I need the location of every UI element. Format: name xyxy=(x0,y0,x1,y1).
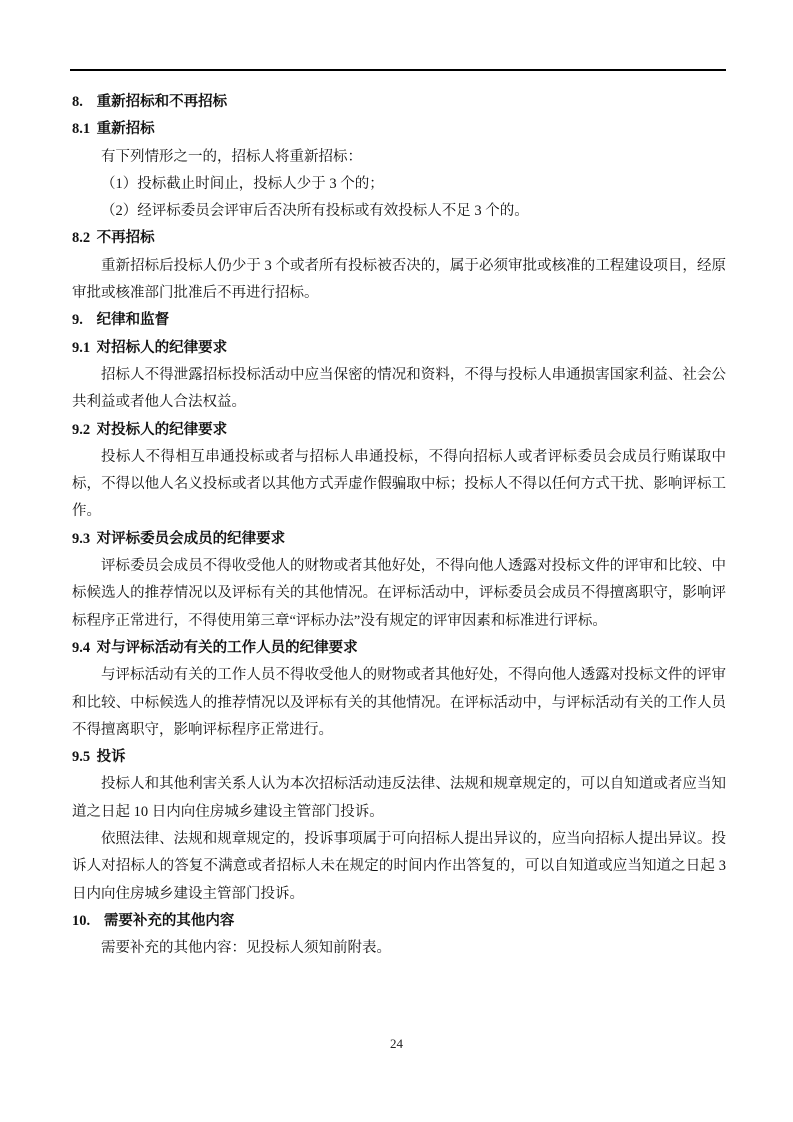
paragraph-tenderer-discipline: 招标人不得泄露招标投标活动中应当保密的情况和资料，不得与投标人串通损害国家利益、… xyxy=(72,362,726,417)
paragraph-staff-discipline: 与评标活动有关的工作人员不得收受他人的财物或者其他好处，不得向他人透露对投标文件… xyxy=(72,662,726,744)
heading-8-2: 8.2不再招标 xyxy=(72,225,726,252)
heading-number: 9. xyxy=(72,312,83,328)
heading-8: 8.重新招标和不再招标 xyxy=(72,89,726,116)
page-number: 24 xyxy=(390,1036,403,1051)
heading-number: 10. xyxy=(72,913,90,929)
heading-number: 8.1 xyxy=(72,121,90,137)
paragraph-committee-discipline: 评标委员会成员不得收受他人的财物或者其他好处，不得向他人透露对投标文件的评审和比… xyxy=(72,553,726,635)
heading-number: 8. xyxy=(72,94,83,110)
paragraph-no-rebid: 重新招标后投标人仍少于 3 个或者所有投标被否决的，属于必须审批或核准的工程建设… xyxy=(72,253,726,308)
page-footer: 24 xyxy=(0,1036,793,1052)
paragraph-bidder-discipline: 投标人不得相互串通投标或者与招标人串通投标，不得向招标人或者评标委员会成员行贿谋… xyxy=(72,444,726,526)
heading-9-3: 9.3对评标委员会成员的纪律要求 xyxy=(72,526,726,553)
heading-number: 9.1 xyxy=(72,340,90,356)
heading-9-2: 9.2对投标人的纪律要求 xyxy=(72,417,726,444)
paragraph-supplement: 需要补充的其他内容：见投标人须知前附表。 xyxy=(72,935,726,962)
heading-title: 不再招标 xyxy=(97,230,155,246)
heading-title: 重新招标 xyxy=(97,121,155,137)
document-content: 8.重新招标和不再招标 8.1重新招标 有下列情形之一的，招标人将重新招标： （… xyxy=(72,89,726,963)
paragraph-complaint-1: 投标人和其他利害关系人认为本次招标活动违反法律、法规和规章规定的，可以自知道或者… xyxy=(72,771,726,826)
heading-9: 9.纪律和监督 xyxy=(72,307,726,334)
paragraph-rebid-item-1: （1）投标截止时间止，投标人少于 3 个的； xyxy=(72,171,726,198)
heading-title: 对与评标活动有关的工作人员的纪律要求 xyxy=(97,640,358,656)
heading-number: 9.4 xyxy=(72,640,90,656)
heading-title: 投诉 xyxy=(97,749,126,765)
heading-9-1: 9.1对招标人的纪律要求 xyxy=(72,335,726,362)
heading-title: 对招标人的纪律要求 xyxy=(97,340,228,356)
heading-title: 需要补充的其他内容 xyxy=(104,913,235,929)
heading-number: 9.3 xyxy=(72,531,90,547)
paragraph-rebid-item-2: （2）经评标委员会评审后否决所有投标或有效投标人不足 3 个的。 xyxy=(72,198,726,225)
heading-10: 10.需要补充的其他内容 xyxy=(72,908,726,935)
heading-number: 9.2 xyxy=(72,422,90,438)
heading-title: 对投标人的纪律要求 xyxy=(97,422,228,438)
heading-9-5: 9.5投诉 xyxy=(72,744,726,771)
heading-number: 8.2 xyxy=(72,230,90,246)
heading-title: 纪律和监督 xyxy=(97,312,170,328)
heading-8-1: 8.1重新招标 xyxy=(72,116,726,143)
heading-9-4: 9.4对与评标活动有关的工作人员的纪律要求 xyxy=(72,635,726,662)
heading-number: 9.5 xyxy=(72,749,90,765)
heading-title: 对评标委员会成员的纪律要求 xyxy=(97,531,286,547)
paragraph-rebid-intro: 有下列情形之一的，招标人将重新招标： xyxy=(72,144,726,171)
header-rule xyxy=(70,69,726,71)
document-page: 8.重新招标和不再招标 8.1重新招标 有下列情形之一的，招标人将重新招标： （… xyxy=(0,0,793,1122)
paragraph-complaint-2: 依照法律、法规和规章规定的，投诉事项属于可向招标人提出异议的，应当向招标人提出异… xyxy=(72,826,726,908)
heading-title: 重新招标和不再招标 xyxy=(97,94,228,110)
